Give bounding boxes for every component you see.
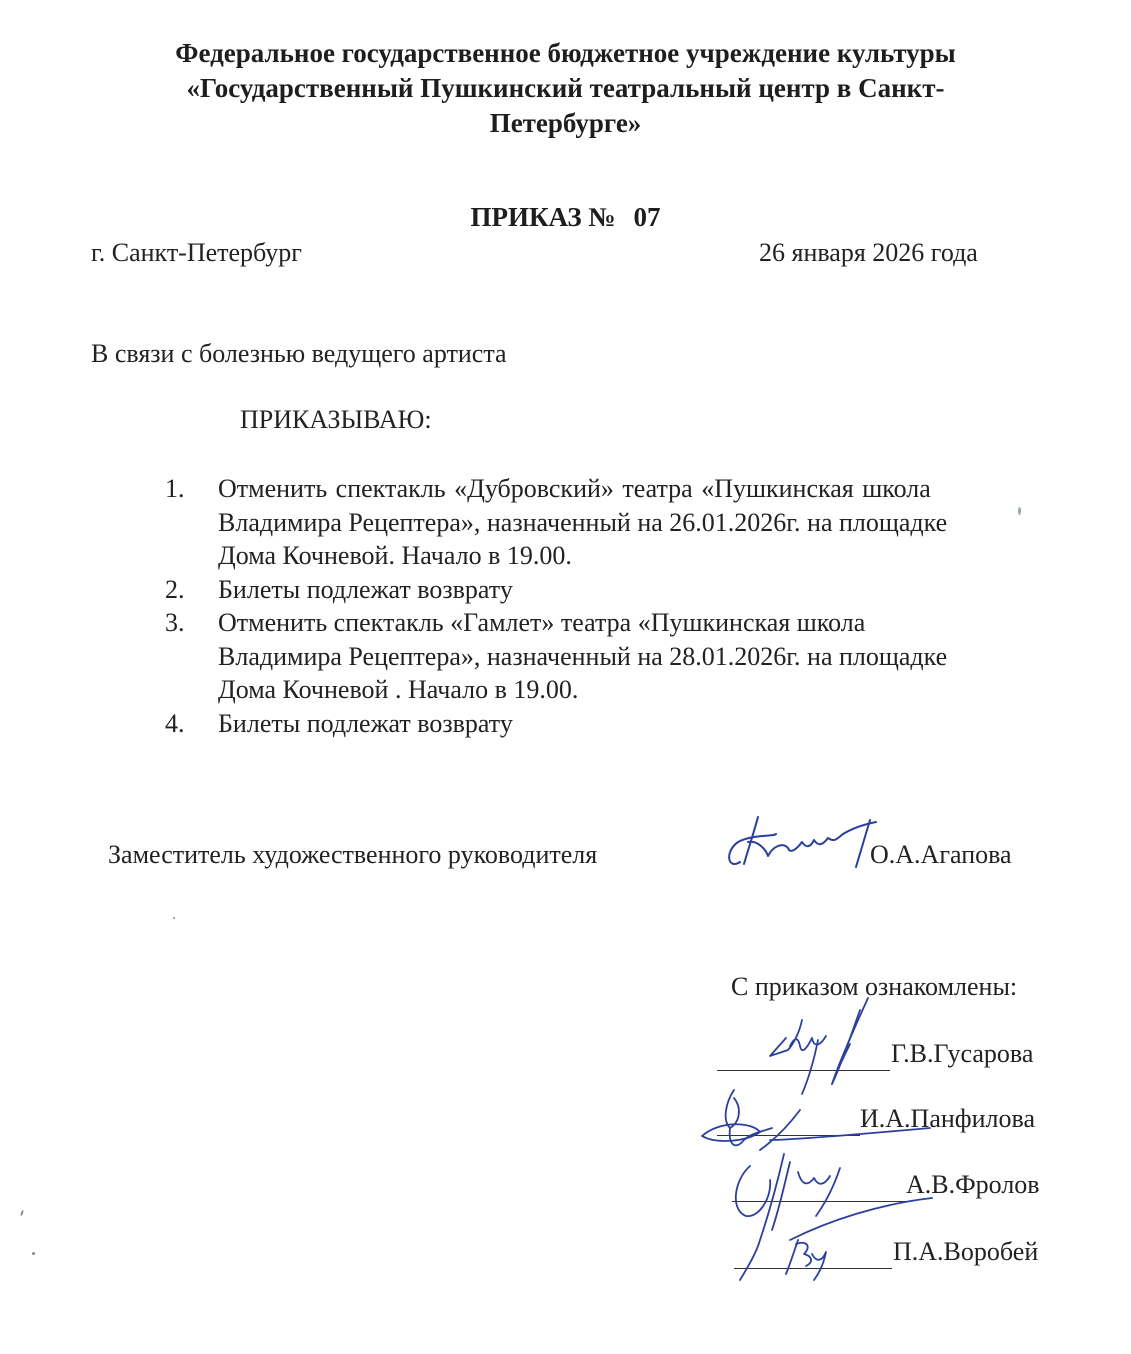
institution-header: Федеральное государственное бюджетное уч… xyxy=(0,36,1131,141)
order-city: г. Санкт-Петербург xyxy=(91,238,302,268)
acknowledged-signer-name: А.В.Фролов xyxy=(906,1170,1040,1200)
acknowledged-signer-name: Г.В.Гусарова xyxy=(891,1039,1033,1069)
scan-speck xyxy=(20,1210,24,1216)
list-item: 1. Отменить спектакль «Дубровский» театр… xyxy=(165,472,1053,573)
list-item-number: 4. xyxy=(165,707,185,741)
list-item-line: Билеты подлежат возврату xyxy=(218,707,1053,741)
acknowledged-signer-name: И.А.Панфилова xyxy=(860,1104,1035,1134)
order-date: 26 января 2026 года xyxy=(759,238,978,268)
header-line-1: Федеральное государственное бюджетное уч… xyxy=(0,36,1131,71)
order-directive: ПРИКАЗЫВАЮ: xyxy=(240,405,432,435)
list-item-line: Дома Кочневой . Начало в 19.00. xyxy=(218,673,1053,707)
list-item-line: Билеты подлежат возврату xyxy=(218,573,1053,607)
signature-icon xyxy=(718,812,883,877)
list-item-line: Отменить спектакль «Гамлет» театра «Пушк… xyxy=(218,606,1053,640)
signature-line xyxy=(732,1201,906,1202)
list-item: 4. Билеты подлежат возврату xyxy=(165,707,1053,741)
signature-line xyxy=(717,1135,860,1136)
list-item-line: Дома Кочневой. Начало в 19.00. xyxy=(218,539,1053,573)
header-line-2: «Государственный Пушкинский театральный … xyxy=(0,71,1131,106)
header-line-3: Петербурге» xyxy=(0,106,1131,141)
list-item-number: 2. xyxy=(165,573,185,607)
list-item-number: 1. xyxy=(165,472,185,506)
list-item-line: Владимира Рецептера», назначенный на 28.… xyxy=(218,640,1053,674)
acknowledgement-title: С приказом ознакомлены: xyxy=(731,972,1017,1002)
signature-line xyxy=(717,1070,890,1071)
acknowledged-signer-name: П.А.Воробей xyxy=(893,1237,1038,1267)
list-item-line: Отменить спектакль «Дубровский» театра «… xyxy=(218,472,1053,506)
order-number: 07 xyxy=(634,202,661,232)
signer-name: О.А.Агапова xyxy=(870,840,1012,870)
signer-role: Заместитель художественного руководителя xyxy=(108,840,597,870)
list-item: 3. Отменить спектакль «Гамлет» театра «П… xyxy=(165,606,1053,707)
list-item-line: Владимира Рецептера», назначенный на 26.… xyxy=(218,506,1053,540)
order-title: ПРИКАЗ №07 xyxy=(0,202,1131,233)
order-items-list: 1. Отменить спектакль «Дубровский» театр… xyxy=(165,472,1053,740)
scan-speck xyxy=(1018,507,1021,515)
order-title-label: ПРИКАЗ № xyxy=(470,202,615,232)
order-intro: В связи с болезнью ведущего артиста xyxy=(91,339,507,369)
scan-speck xyxy=(173,917,175,919)
list-item-number: 3. xyxy=(165,606,185,640)
signature-line xyxy=(734,1268,892,1269)
list-item: 2. Билеты подлежат возврату xyxy=(165,573,1053,607)
scan-speck xyxy=(32,1252,35,1255)
